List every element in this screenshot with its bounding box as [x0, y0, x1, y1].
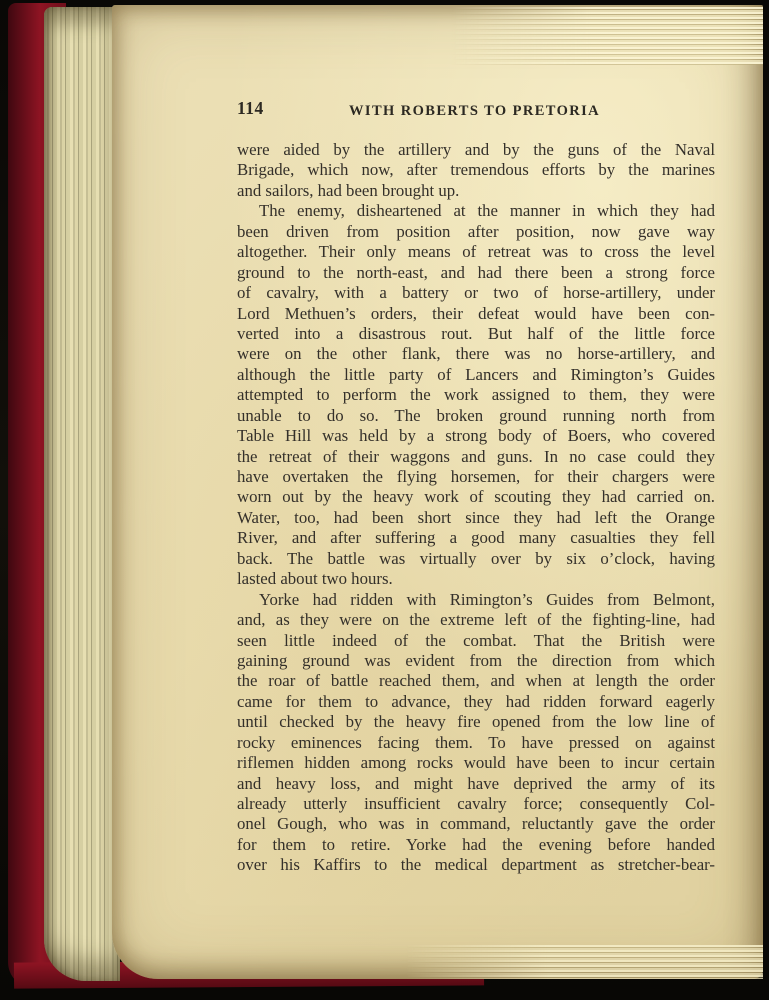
text-line: worn out by the heavy work of scouting t… — [237, 487, 715, 507]
text-line: Water, too, had been short since they ha… — [237, 508, 715, 528]
text-line: The enemy, disheartened at the manner in… — [237, 201, 715, 221]
page-fore-edge-stack — [44, 7, 120, 981]
text-line: rocky eminences facing them. To have pre… — [237, 733, 715, 753]
text-line: unable to do so. The broken ground runni… — [237, 406, 715, 426]
text-line: seen little indeed of the combat. That t… — [237, 631, 715, 651]
text-line: gaining ground was evident from the dire… — [237, 651, 715, 671]
text-line: lasted about two hours. — [237, 569, 715, 589]
text-line: Yorke had ridden with Rimington’s Guides… — [237, 590, 715, 610]
running-title: WITH ROBERTS TO PRETORIA — [349, 101, 600, 121]
paragraph: The enemy, disheartened at the manner in… — [237, 201, 715, 589]
printed-text-column: 114 WITH ROBERTS TO PRETORIA were aided … — [237, 92, 715, 876]
text-line: the retreat of their waggons and guns. I… — [237, 447, 715, 467]
page-top-edges — [451, 7, 763, 65]
text-line: Brigade, which now, after tremendous eff… — [237, 160, 715, 180]
text-line: and, as they were on the extreme left of… — [237, 610, 715, 630]
text-line: over his Kaffirs to the medical departme… — [237, 855, 715, 875]
page-header: 114 WITH ROBERTS TO PRETORIA — [237, 92, 715, 140]
text-line: until checked by the heavy fire opened f… — [237, 712, 715, 732]
text-line: ground to the north-east, and had there … — [237, 263, 715, 283]
text-line: back. The battle was virtually over by s… — [237, 549, 715, 569]
text-line: already utterly insufficient cavalry for… — [237, 794, 715, 814]
text-line: although the little party of Lancers and… — [237, 365, 715, 385]
text-line: Table Hill was held by a strong body of … — [237, 426, 715, 446]
text-line: for them to retire. Yorke had the evenin… — [237, 835, 715, 855]
text-line: Lord Methuen’s orders, their defeat woul… — [237, 304, 715, 324]
text-line: and sailors, had been brought up. — [237, 181, 715, 201]
text-line: riflemen hidden among rocks would have b… — [237, 753, 715, 773]
text-line: verted into a disastrous rout. But half … — [237, 324, 715, 344]
page-number: 114 — [237, 98, 264, 118]
text-line: of cavalry, with a battery or two of hor… — [237, 283, 715, 303]
book-scan: 114 WITH ROBERTS TO PRETORIA were aided … — [0, 0, 769, 1000]
paragraph: were aided by the artillery and by the g… — [237, 140, 715, 201]
text-line: were on the other flank, there was no ho… — [237, 344, 715, 364]
text-line: attempted to perform the work assigned t… — [237, 385, 715, 405]
text-line: been driven from position after position… — [237, 222, 715, 242]
text-line: River, and after suffering a good many c… — [237, 528, 715, 548]
text-line: were aided by the artillery and by the g… — [237, 140, 715, 160]
text-line: altogether. Their only means of retreat … — [237, 242, 715, 262]
text-line: onel Gough, who was in command, reluctan… — [237, 814, 715, 834]
text-line: came for them to advance, they had ridde… — [237, 692, 715, 712]
text-line: and heavy loss, and might have deprived … — [237, 774, 715, 794]
text-line: the roar of battle reached them, and whe… — [237, 671, 715, 691]
text-line: have overtaken the flying horsemen, for … — [237, 467, 715, 487]
paragraph: Yorke had ridden with Rimington’s Guides… — [237, 590, 715, 876]
text-block: were aided by the artillery and by the g… — [237, 140, 715, 876]
page-bottom-edges — [405, 945, 763, 979]
